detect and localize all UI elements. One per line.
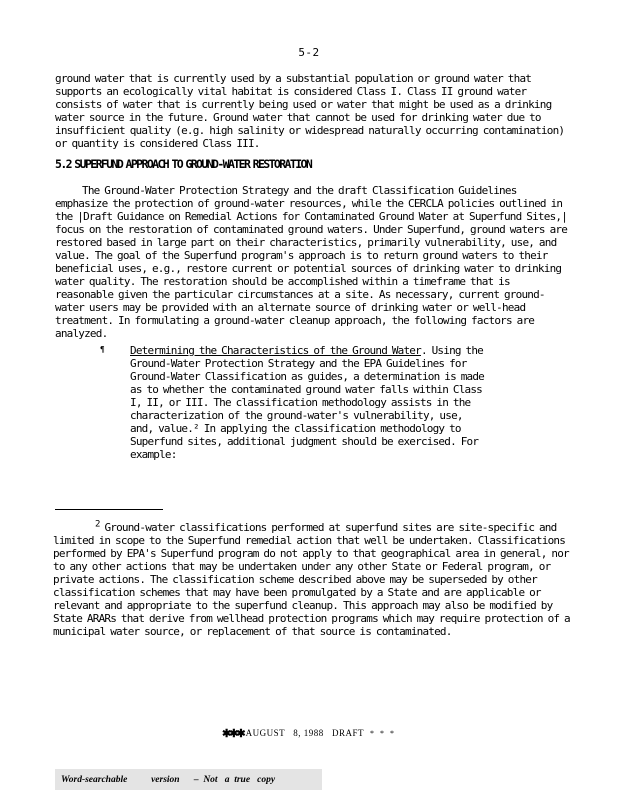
footer-date-draft-label: AUGUST 8, 1988 DRAFT bbox=[246, 728, 364, 738]
document-page: 5-2 ground water that is currently used … bbox=[0, 0, 618, 800]
bullet-item: ¶ Determining the Characteristics of the… bbox=[100, 344, 490, 461]
bullet-title: Determining the Characteristics of the G… bbox=[130, 344, 421, 357]
footer-left-stars-icon: ✱✱✱ bbox=[222, 728, 244, 740]
bullet-marker-icon: ¶ bbox=[100, 345, 104, 355]
footnote: 2 Ground-water classifications performed… bbox=[53, 521, 573, 638]
watermark-strip: Word-searchable version – Not a true cop… bbox=[55, 769, 322, 790]
footnote-text: Ground-water classifications performed a… bbox=[53, 521, 570, 638]
intro-paragraph: ground water that is currently used by a… bbox=[55, 72, 571, 150]
footer-right-stars-icon: * * * bbox=[370, 729, 396, 738]
bullet-body-text: . Using the Ground-Water Protection Stra… bbox=[130, 344, 484, 461]
page-footer: ✱✱✱AUGUST 8, 1988 DRAFT* * * bbox=[0, 727, 618, 740]
section-heading: 5.2 SUPERFUND APPROACH TO GROUND-WATER R… bbox=[55, 157, 575, 171]
bullet-paragraph: Determining the Characteristics of the G… bbox=[130, 344, 486, 461]
watermark-text: Word-searchable version – Not a true cop… bbox=[55, 775, 275, 785]
page-number: 5-2 bbox=[0, 46, 618, 59]
section-body-paragraph: The Ground-Water Protection Strategy and… bbox=[55, 184, 571, 340]
footnote-separator-rule bbox=[55, 509, 163, 510]
